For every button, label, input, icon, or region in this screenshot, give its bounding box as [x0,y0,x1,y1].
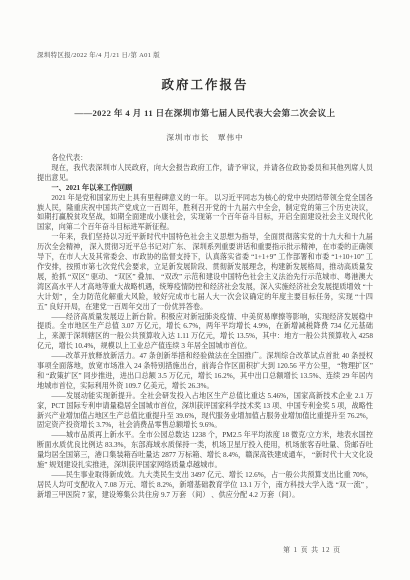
byline: 深圳市市长 覃伟中 [37,132,373,143]
body-paragraph: 2021 年是党和国家历史上具有里程碑意义的一年。 以习近平同志为核心的党中央团… [37,194,373,234]
body-paragraph: 现在，我代表深圳市人民政府，向大会报告政府工作，请予审议，并请各位政协委员和其他… [37,164,373,184]
report-body: 各位代表：现在，我代表深圳市人民政府，向大会报告政府工作，请予审议，并请各位政协… [37,154,373,501]
masthead: 深圳特区报/2022 年/4 月/21 日/第 A01 版 [37,50,373,59]
body-paragraph: 一、2021 年以来工作回顾 [37,184,373,194]
report-subtitle: ——2022 年 4 月 11 日在深圳市第七届人民代表大会第二次会议上 [37,107,373,119]
report-title: 政府工作报告 [37,75,373,93]
body-paragraph: ——经济高质量发展迈上新台阶。积极应对新冠肺炎疫情、中美贸易摩擦等影响，实现经济… [37,313,373,353]
body-paragraph: ——民生事业取得新成效。九大类民生支出 3497 亿元、增长 12.6%，占一般… [37,471,373,501]
page-number: 第 1 页 共 12 页 [37,544,373,554]
body-paragraph: 各位代表： [37,154,373,164]
body-paragraph: 一年来，我们坚持以习近平新时代中国特色社会主义思想为指导，全面贯彻落实党的十九大… [37,233,373,312]
body-paragraph: ——改革开放释放新活力。47 条创新举措和经验做法在全国推广。深圳综合改革试点首… [37,352,373,392]
document-page: 深圳特区报/2022 年/4 月/21 日/第 A01 版 政府工作报告 ——2… [0,0,410,580]
body-paragraph: ——城市品质再上新水平。全市公园总数达 1238 个，PM2.5 年平均浓度 1… [37,431,373,471]
body-paragraph: ——发展动能实现新提升。全社会研发投入占地区生产总值比重达 5.46%，国家高新… [37,392,373,432]
